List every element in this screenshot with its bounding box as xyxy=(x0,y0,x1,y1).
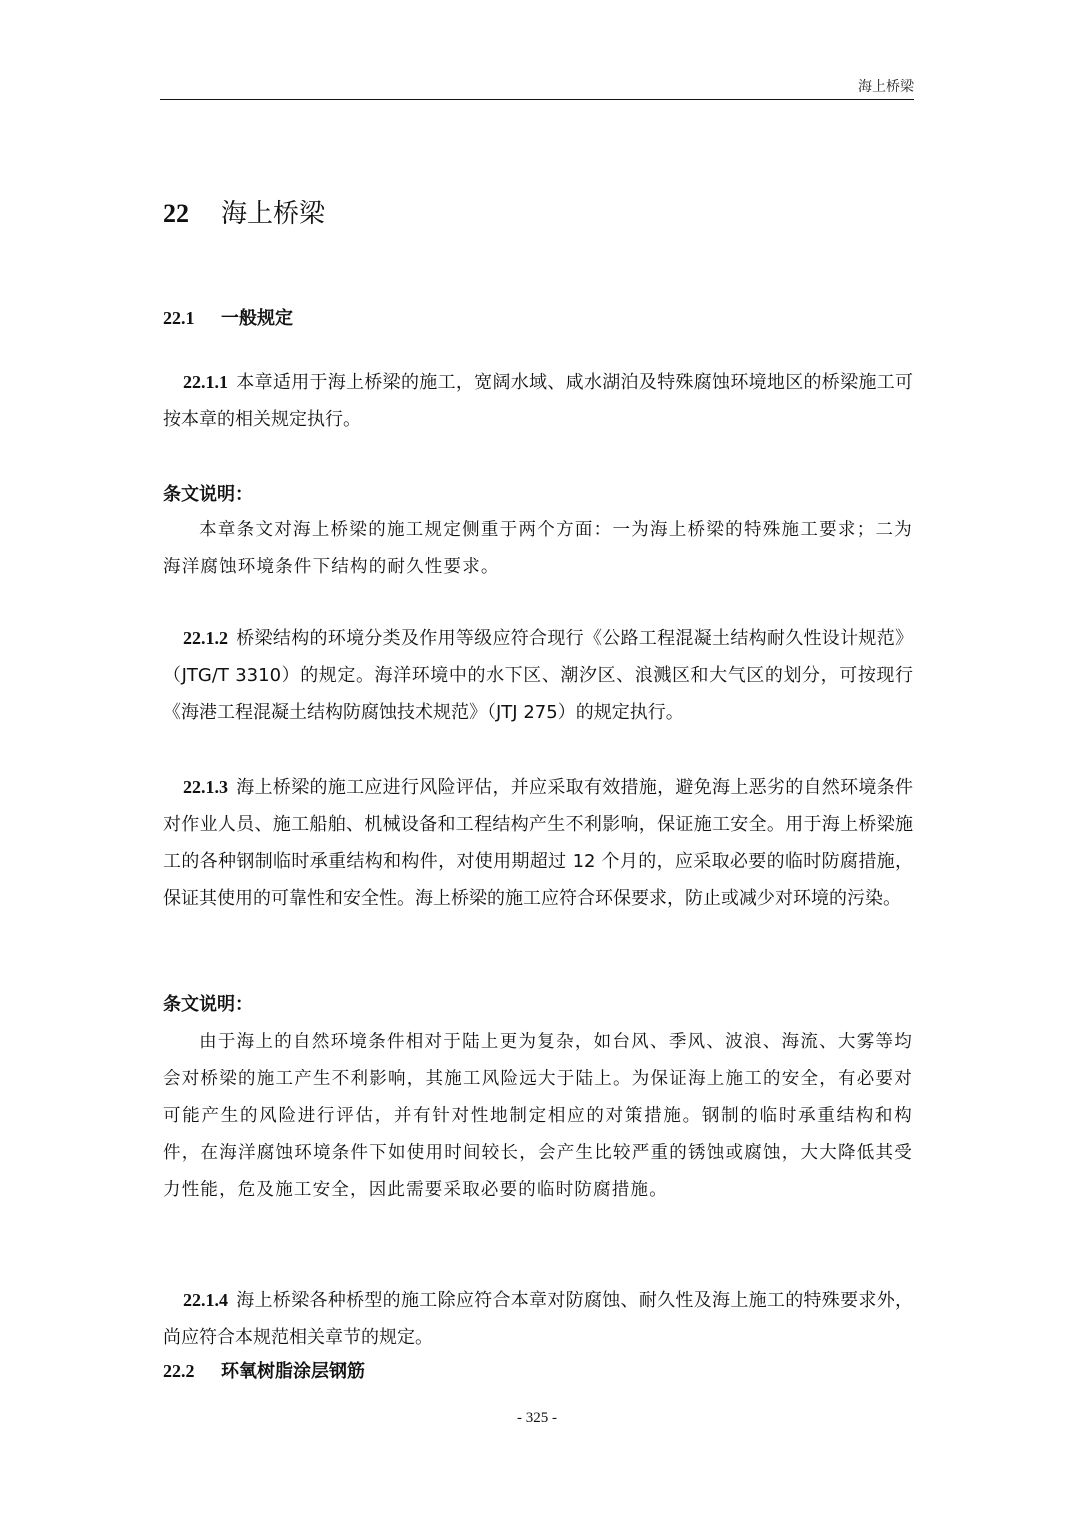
section-title-text: 环氧树脂涂层钢筋 xyxy=(221,1361,365,1382)
chapter-title: 22海上桥梁 xyxy=(163,196,325,232)
section-title-22-2: 22.2环氧树脂涂层钢筋 xyxy=(163,1358,365,1385)
clause-number: 22.1.1 xyxy=(183,372,228,392)
clause-22-1-2: 22.1.2桥梁结构的环境分类及作用等级应符合现行《公路工程混凝土结构耐久性设计… xyxy=(163,620,913,731)
running-header: 海上桥梁 xyxy=(160,76,914,96)
note-label: 条文说明： xyxy=(163,992,253,1018)
section-number: 22.2 xyxy=(163,1358,221,1384)
header-rule xyxy=(160,99,914,100)
clause-22-1-3: 22.1.3海上桥梁的施工应进行风险评估，并应采取有效措施，避免海上恶劣的自然环… xyxy=(163,769,913,917)
chapter-number: 22 xyxy=(163,196,221,232)
clause-number: 22.1.3 xyxy=(183,777,228,797)
note-text: 本章条文对海上桥梁的施工规定侧重于两个方面：一为海上桥梁的特殊施工要求；二为海洋… xyxy=(163,520,913,577)
note-body: 本章条文对海上桥梁的施工规定侧重于两个方面：一为海上桥梁的特殊施工要求；二为海洋… xyxy=(163,512,913,586)
clause-22-1-4: 22.1.4海上桥梁各种桥型的施工除应符合本章对防腐蚀、耐久性及海上施工的特殊要… xyxy=(163,1282,913,1356)
section-number: 22.1 xyxy=(163,305,221,331)
clause-text: 桥梁结构的环境分类及作用等级应符合现行《公路工程混凝土结构耐久性设计规范》（JT… xyxy=(163,628,913,723)
clause-number: 22.1.2 xyxy=(183,628,228,648)
clause-number: 22.1.4 xyxy=(183,1290,228,1310)
clause-text: 海上桥梁的施工应进行风险评估，并应采取有效措施，避免海上恶劣的自然环境条件对作业… xyxy=(163,777,913,909)
clause-text: 本章适用于海上桥梁的施工，宽阔水域、咸水湖泊及特殊腐蚀环境地区的桥梁施工可按本章… xyxy=(163,372,913,430)
page-number: - 325 - xyxy=(0,1410,1074,1427)
section-title-text: 一般规定 xyxy=(221,308,293,329)
chapter-title-text: 海上桥梁 xyxy=(221,199,325,229)
clause-22-1-1: 22.1.1本章适用于海上桥梁的施工，宽阔水域、咸水湖泊及特殊腐蚀环境地区的桥梁… xyxy=(163,364,913,438)
note-text: 由于海上的自然环境条件相对于陆上更为复杂，如台风、季风、波浪、海流、大雾等均会对… xyxy=(163,1032,913,1200)
note-body: 由于海上的自然环境条件相对于陆上更为复杂，如台风、季风、波浪、海流、大雾等均会对… xyxy=(163,1024,913,1209)
note-label: 条文说明： xyxy=(163,482,253,508)
clause-text: 海上桥梁各种桥型的施工除应符合本章对防腐蚀、耐久性及海上施工的特殊要求外，尚应符… xyxy=(163,1290,913,1348)
section-title-22-1: 22.1一般规定 xyxy=(163,305,293,332)
